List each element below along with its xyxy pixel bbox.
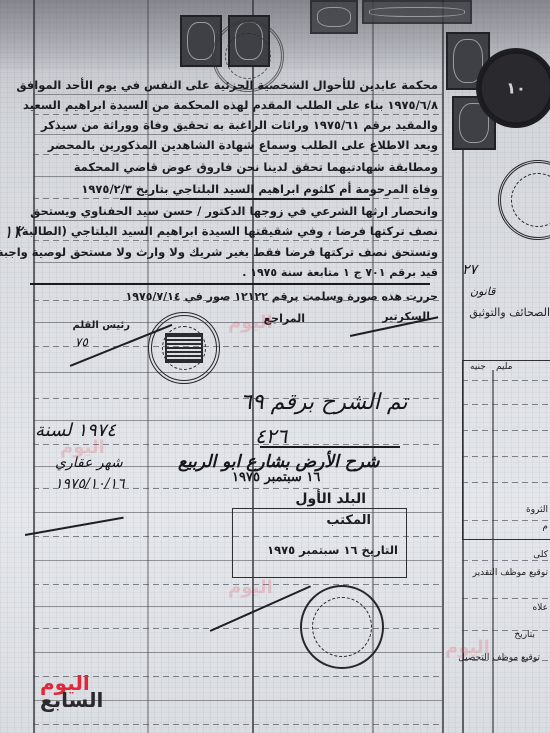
brand-watermark: اليوم السابع xyxy=(40,675,103,709)
body-line: وبعد الاطلاع على الطلب وسماع شهادة الشاه… xyxy=(48,138,438,152)
body-line: نصف تركتها فرضا ، وفي شقيقتها السيدة ابر… xyxy=(17,224,438,238)
body-line: وتستحق نصف تركتها فرضا فقط بغير شريك ولا… xyxy=(0,245,438,259)
ruled-line xyxy=(33,372,442,373)
fees-section-title: الصحائف والتوثيق xyxy=(469,306,550,319)
handwritten-annotation: شرح الأرض بشارع ابو الربيع xyxy=(178,452,379,472)
revenue-stamp-strip xyxy=(362,0,472,24)
court-seal xyxy=(148,312,220,384)
ruled-line xyxy=(33,154,442,155)
signature-stroke xyxy=(25,517,124,536)
handwritten-date: ١٩٧٥/١٠/١٦ xyxy=(55,476,125,492)
ruled-line xyxy=(33,346,442,347)
label-above: علاه xyxy=(533,603,548,613)
faint-watermark: اليوم xyxy=(228,580,273,595)
body-line: محكمة عابدين للأحوال الشخصية الجزئية على… xyxy=(16,78,438,92)
label-assessor-signature: توقيع موظف التقدير xyxy=(473,568,548,578)
faint-watermark: اليوم xyxy=(445,640,490,655)
chief-clerk-label: رئيس القلم xyxy=(72,320,130,331)
margin-number: ٧٥ xyxy=(75,335,88,349)
registry-seal xyxy=(300,585,384,669)
ruled-line xyxy=(462,630,550,631)
date-stamp-office: المكتب xyxy=(326,513,371,528)
faint-watermark: اليوم xyxy=(228,315,273,330)
label-m: م xyxy=(542,522,548,532)
fee-value: ١٠ xyxy=(506,79,526,98)
label-total: كلى xyxy=(533,550,548,560)
date-stamp-date: التاريخ ١٦ سبتمبر ١٩٧٥ xyxy=(267,543,398,557)
watermark-line2: السابع xyxy=(40,692,103,709)
ruled-line xyxy=(33,724,442,725)
ruled-line xyxy=(33,262,442,263)
ruled-line xyxy=(462,598,550,599)
ruled-line xyxy=(33,606,442,607)
revenue-stamp xyxy=(310,0,358,34)
column-rule xyxy=(442,0,444,733)
body-line: وانحصار ارثها الشرعي في زوجها الدكتور / … xyxy=(30,204,438,218)
right-note-number: ٢٧ xyxy=(462,262,477,278)
ruled-line xyxy=(33,220,442,221)
date-stamp: البلد الأول المكتب التاريخ ١٦ سبتمبر ١٩٧… xyxy=(232,508,407,578)
handwritten-note: تم الشرح برقم ٦٩ xyxy=(240,390,408,415)
underline xyxy=(120,198,370,200)
ruled-line xyxy=(33,94,442,95)
secretary-label: السكرتير xyxy=(382,310,430,323)
date-stamp-title: البلد الأول xyxy=(295,491,366,507)
column-millimes: مليم xyxy=(496,362,513,372)
document-photocopy: ١٠ محكمة عابدين للأحوال الشخصية الجزئية … xyxy=(0,0,550,733)
ruled-line xyxy=(33,176,442,177)
underline xyxy=(260,446,400,448)
ruled-line xyxy=(33,114,442,115)
registry-line: قيد برقم ٧٠١ ج ١ متابعة سنة ١٩٧٥ . xyxy=(242,266,438,279)
body-line: وفاة المرحومة أم كلثوم ابراهيم السيد الب… xyxy=(81,182,438,196)
embossed-fee-seal: ١٠ xyxy=(476,48,550,128)
body-line: والمقيد برقم ١٩٧٥/٦١ وراثات الراغبة به ت… xyxy=(41,118,438,132)
body-line: ومطابقة شهادتيهما تحقق لدينا نحن فاروق ع… xyxy=(74,160,438,174)
ruled-line xyxy=(33,134,442,135)
body-line: ١٩٧٥/٦/٨ بناء على الطلب المقدم لهذه المح… xyxy=(23,98,438,112)
label-wealth: الثروة xyxy=(526,505,548,515)
divider xyxy=(30,283,430,285)
ruled-line xyxy=(462,560,550,561)
faint-watermark: اليوم xyxy=(60,440,105,455)
right-office-seal xyxy=(498,160,550,240)
corner-number: ١٢ xyxy=(3,222,22,243)
column-pounds: جنيه xyxy=(470,362,486,372)
label-dated: بتاريخ xyxy=(514,630,535,640)
handwritten-number: ٤٢٦ xyxy=(255,424,287,448)
ruled-line xyxy=(33,240,442,241)
ruled-line xyxy=(33,652,442,653)
copy-issued-line: حررت هذه صورة وسلمت برقم ١٢١٢٢ صور في ١٩… xyxy=(126,290,438,303)
handwritten-date-under: ١٦ سبتمبر ١٩٧٥ xyxy=(232,470,320,485)
right-note-text: قانون xyxy=(470,285,495,298)
